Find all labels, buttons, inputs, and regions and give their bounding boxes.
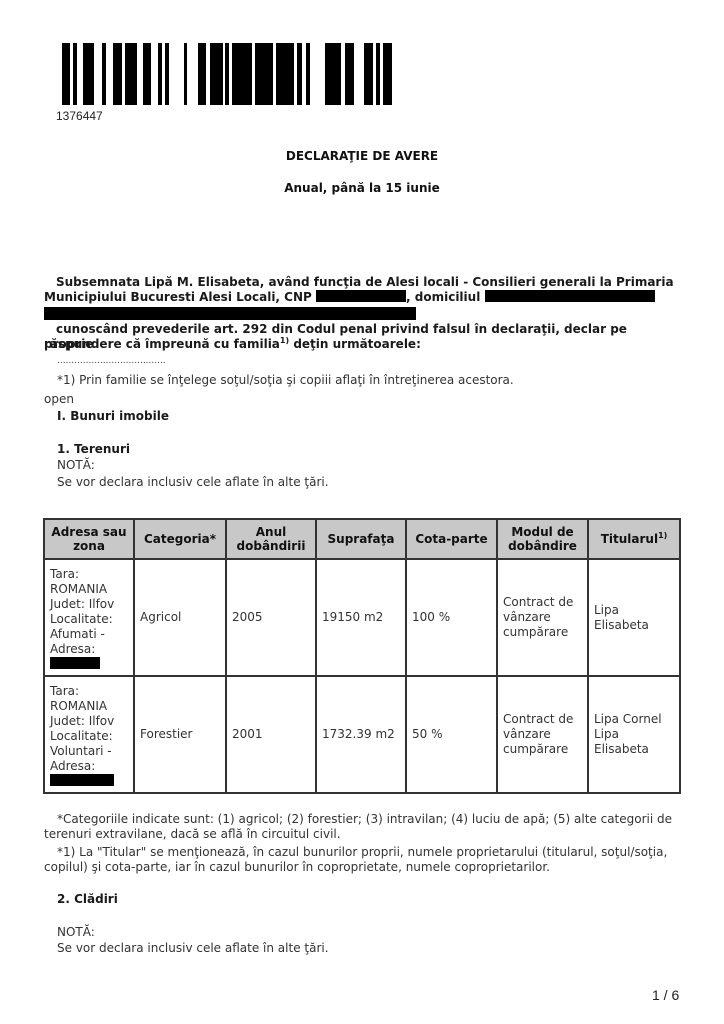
- cell-mode: Contract de vânzare cumpărare: [497, 559, 588, 676]
- cell-area: 1732.39 m2: [316, 676, 406, 793]
- section-2-note-text: Se vor declara inclusiv cele aflate în a…: [57, 941, 329, 955]
- page-indicator: 1 / 6: [652, 987, 679, 1003]
- intro-line-2: Municipiului Bucuresti Alesi Locali, CNP…: [44, 290, 674, 305]
- land-table: Adresa sau zona Categoria* Anul dobândir…: [43, 518, 681, 794]
- document-title: DECLARAŢIE DE AVERE: [0, 149, 724, 163]
- document-subtitle: Anual, până la 15 iunie: [0, 181, 724, 195]
- intro-line-1: Subsemnata Lipă M. Elisabeta, având func…: [44, 275, 674, 290]
- cell-holder: Lipa Elisabeta: [588, 559, 680, 676]
- cell-category: Forestier: [134, 676, 226, 793]
- cell-share: 100 %: [406, 559, 497, 676]
- barcode: [62, 43, 392, 105]
- table-row: Tara: ROMANIA Judet: Ilfov Localitate: A…: [44, 559, 680, 676]
- cell-address: Tara: ROMANIA Judet: Ilfov Localitate: V…: [44, 676, 134, 793]
- section-1-title: I. Bunuri imobile: [57, 409, 169, 423]
- header-year: Anul dobândirii: [226, 519, 316, 559]
- redacted-domicile: [485, 290, 655, 302]
- header-share: Cota-parte: [406, 519, 497, 559]
- categories-footnote-2: terenuri extravilane, dacă se află în ci…: [44, 827, 341, 841]
- cell-address: Tara: ROMANIA Judet: Ilfov Localitate: A…: [44, 559, 134, 676]
- section-1-subtitle: 1. Terenuri: [57, 442, 130, 456]
- cell-holder: Lipa Cornel Lipa Elisabeta: [588, 676, 680, 793]
- redacted-domicile-continued: [44, 307, 416, 320]
- cell-mode: Contract de vânzare cumpărare: [497, 676, 588, 793]
- cell-area: 19150 m2: [316, 559, 406, 676]
- dots-separator: ......................................: [57, 356, 166, 366]
- header-area: Suprafaţa: [316, 519, 406, 559]
- redacted-cnp: [316, 290, 406, 302]
- redacted-address: [50, 657, 100, 669]
- categories-footnote-1: *Categoriile indicate sunt: (1) agricol;…: [57, 812, 672, 826]
- cell-year: 2001: [226, 676, 316, 793]
- table-row: Tara: ROMANIA Judet: Ilfov Localitate: V…: [44, 676, 680, 793]
- cell-year: 2005: [226, 559, 316, 676]
- open-label: open: [44, 392, 74, 406]
- header-mode: Modul de dobândire: [497, 519, 588, 559]
- redacted-address: [50, 774, 114, 786]
- section-1-note-label: NOTĂ:: [57, 458, 95, 472]
- titular-footnote-1: *1) La "Titular" se menţionează, în cazu…: [57, 845, 667, 859]
- header-address: Adresa sau zona: [44, 519, 134, 559]
- header-category: Categoria*: [134, 519, 226, 559]
- intro-line-4: răspundere că împreună cu familia1) deţi…: [44, 337, 674, 352]
- cell-share: 50 %: [406, 676, 497, 793]
- section-1-note-text: Se vor declara inclusiv cele aflate în a…: [57, 475, 329, 489]
- barcode-number: 1376447: [56, 109, 103, 123]
- header-holder: Titularul1): [588, 519, 680, 559]
- titular-footnote-2: copilul) şi cota-parte, iar în cazul bun…: [44, 860, 550, 874]
- table-header-row: Adresa sau zona Categoria* Anul dobândir…: [44, 519, 680, 559]
- cell-category: Agricol: [134, 559, 226, 676]
- section-2-title: 2. Clădiri: [57, 892, 118, 906]
- family-footnote: *1) Prin familie se înţelege soţul/soţia…: [57, 373, 514, 387]
- section-2-note-label: NOTĂ:: [57, 925, 95, 939]
